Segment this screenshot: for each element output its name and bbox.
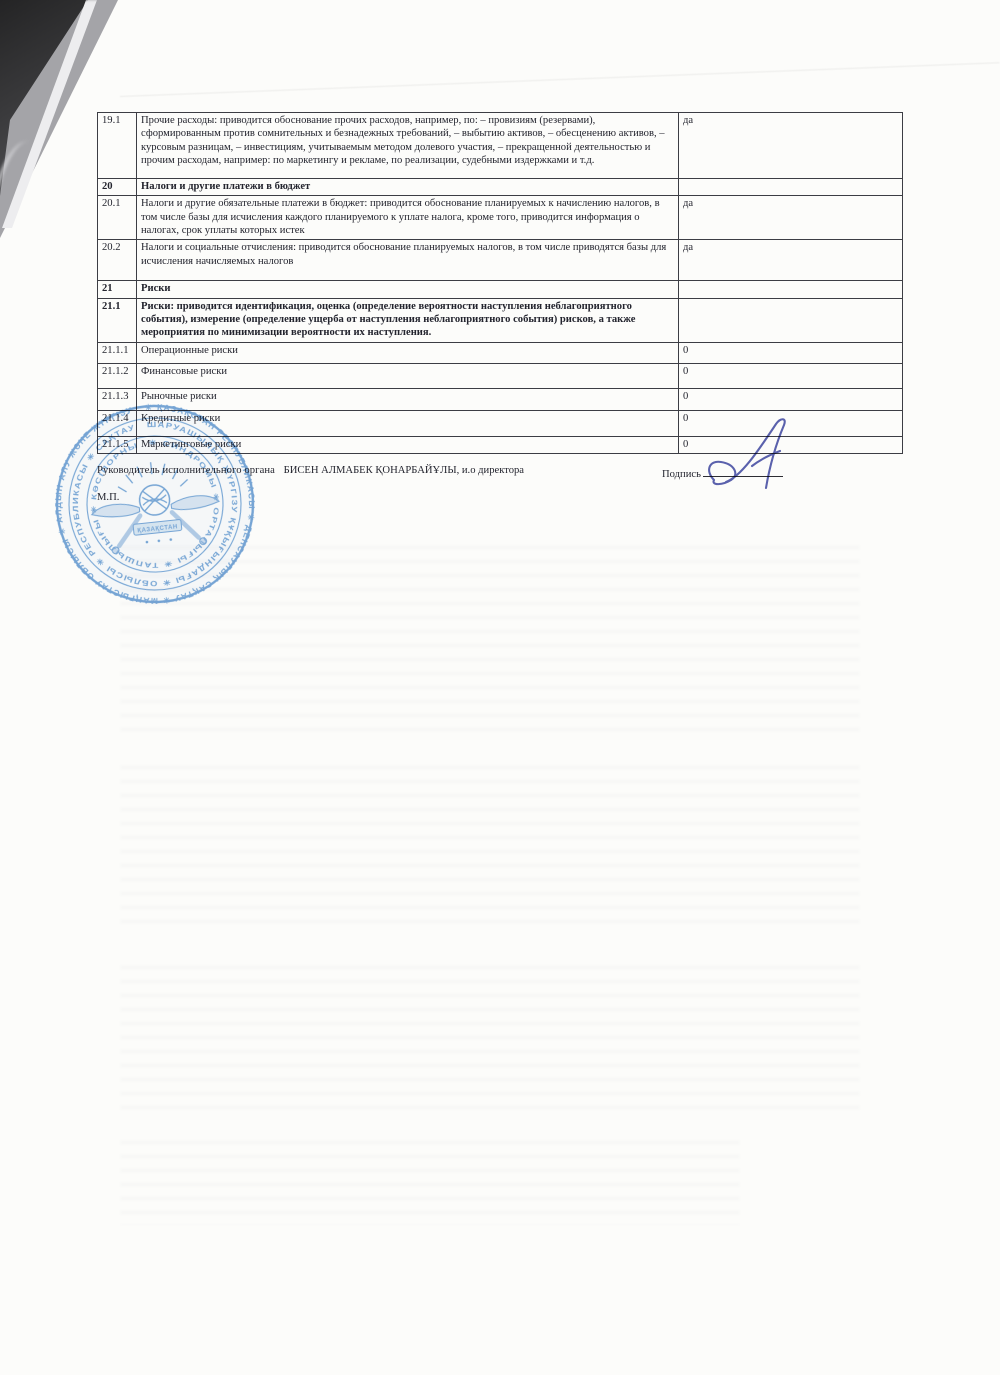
bleed-through-ghost: [120, 965, 860, 1115]
signature-label: Подпись: [662, 469, 701, 480]
row-text-cell: Налоги и социальные отчисления: приводит…: [137, 240, 679, 281]
official-stamp: ✳ ҚАЗАҚСТАН РЕСПУБЛИКАСЫ ✳ ДЕНСАУЛЫҚ САҚ…: [32, 381, 278, 627]
row-answer-cell: [679, 179, 903, 196]
table-row: 21.1.1 Операционные риски 0: [98, 342, 903, 363]
row-text-cell: Риски: [137, 281, 679, 298]
table-row: 20.2 Налоги и социальные отчисления: при…: [98, 240, 903, 281]
table-row: 20 Налоги и другие платежи в бюджет: [98, 179, 903, 196]
row-text-cell: Налоги и другие платежи в бюджет: [137, 179, 679, 196]
stamp-graphic: ✳ ҚАЗАҚСТАН РЕСПУБЛИКАСЫ ✳ ДЕНСАУЛЫҚ САҚ…: [32, 381, 278, 627]
row-number-cell: 20: [98, 179, 137, 196]
executive-name: БИСЕН АЛМАБЕК ҚОНАРБАЙҰЛЫ, и.о директора: [284, 465, 524, 476]
row-answer-cell: [679, 298, 903, 342]
row-number-cell: 20.2: [98, 240, 137, 281]
bleed-through-ghost: [120, 1140, 740, 1225]
row-answer-cell: 0: [679, 363, 903, 388]
row-number-cell: 20.1: [98, 196, 137, 240]
row-text-cell: Налоги и другие обязательные платежи в б…: [137, 196, 679, 240]
row-text-cell: Операционные риски: [137, 342, 679, 363]
row-answer-cell: да: [679, 196, 903, 240]
row-number-cell: 21: [98, 281, 137, 298]
row-text-cell: Прочие расходы: приводится обоснование п…: [137, 113, 679, 179]
row-answer-cell: [679, 281, 903, 298]
table-row: 21 Риски: [98, 281, 903, 298]
row-number-cell: 19.1: [98, 113, 137, 179]
bleed-through-ghost: [120, 765, 860, 930]
handwritten-signature: [700, 414, 804, 500]
row-answer-cell: да: [679, 240, 903, 281]
row-answer-cell: да: [679, 113, 903, 179]
table-row: 20.1 Налоги и другие обязательные платеж…: [98, 196, 903, 240]
row-answer-cell: 0: [679, 388, 903, 410]
row-number-cell: 21.1.1: [98, 342, 137, 363]
table-row: 19.1 Прочие расходы: приводится обоснова…: [98, 113, 903, 179]
underlying-sheet-edge: [120, 62, 999, 97]
table-row: 21.1 Риски: приводится идентификация, оц…: [98, 298, 903, 342]
row-text-cell: Риски: приводится идентификация, оценка …: [137, 298, 679, 342]
row-number-cell: 21.1.2: [98, 363, 137, 388]
row-number-cell: 21.1: [98, 298, 137, 342]
row-answer-cell: 0: [679, 342, 903, 363]
